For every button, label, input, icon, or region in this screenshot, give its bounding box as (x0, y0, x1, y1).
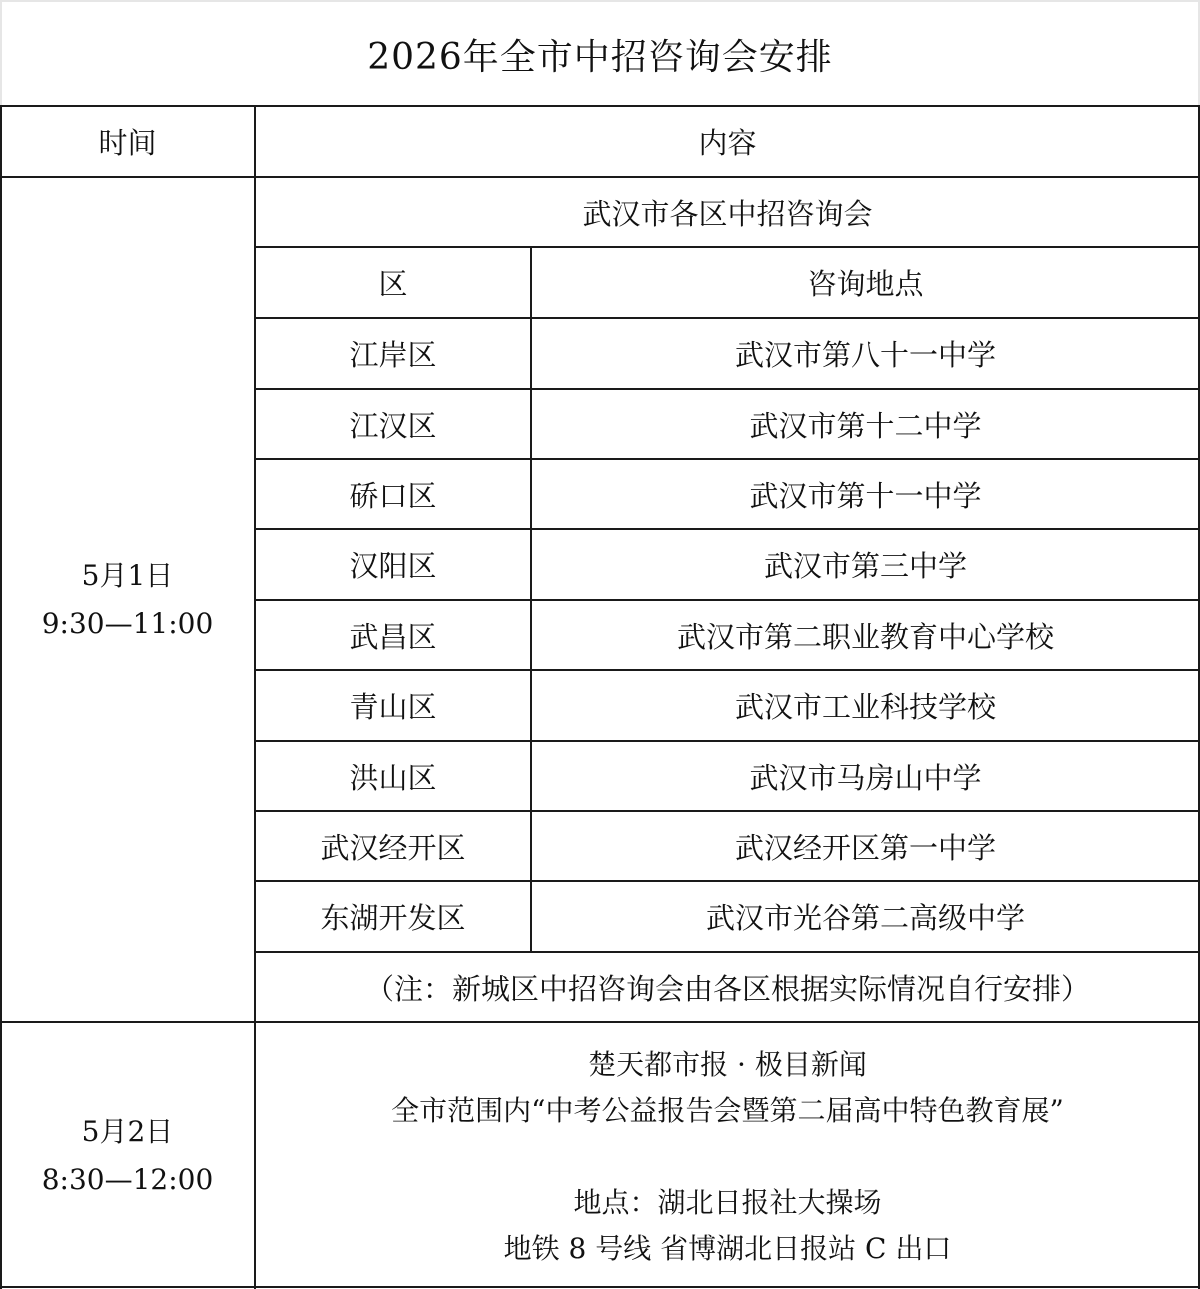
divider (255, 528, 1200, 530)
location-cell: 武汉市马房山中学 (531, 741, 1200, 811)
location-cell: 武汉市第十一中学 (531, 459, 1200, 529)
column-header-district: 区 (255, 247, 531, 318)
session-1-time: 5月1日 9:30—11:00 (0, 177, 255, 1022)
column-header-location: 咨询地点 (531, 247, 1200, 318)
divider-vertical (530, 246, 532, 952)
session-1-date: 5月1日 (82, 552, 174, 600)
divider (255, 951, 1200, 953)
session-2-time: 5月2日 8:30—12:00 (0, 1022, 255, 1289)
divider-vertical (254, 105, 256, 1289)
event-transit: 地铁 8 号线 省博湖北日报站 C 出口 (504, 1226, 952, 1272)
district-cell: 江汉区 (255, 389, 531, 459)
divider (255, 740, 1200, 742)
page-title: 2026年全市中招咨询会安排 (0, 0, 1200, 106)
divider (0, 1021, 1200, 1023)
session-1-time-range: 9:30—11:00 (42, 600, 214, 648)
divider (255, 669, 1200, 671)
divider (255, 599, 1200, 601)
table-border-top (0, 105, 1200, 107)
district-cell: 硚口区 (255, 459, 531, 529)
divider (255, 810, 1200, 812)
session-2-time-range: 8:30—12:00 (42, 1156, 214, 1204)
location-cell: 武汉市第二职业教育中心学校 (531, 600, 1200, 670)
session-1-subtitle: 武汉市各区中招咨询会 (255, 177, 1200, 247)
header-content: 内容 (255, 106, 1200, 177)
event-title: 全市范围内“中考公益报告会暨第二届高中特色教育展” (391, 1088, 1064, 1134)
divider (255, 317, 1200, 319)
header-time: 时间 (0, 106, 255, 177)
table-border-left (0, 105, 2, 1289)
divider (0, 176, 1200, 178)
session-1-note: （注：新城区中招咨询会由各区根据实际情况自行安排） (255, 952, 1200, 1022)
session-2-date: 5月2日 (82, 1108, 174, 1156)
district-cell: 洪山区 (255, 741, 531, 811)
divider (255, 458, 1200, 460)
district-cell: 武汉经开区 (255, 811, 531, 881)
location-cell: 武汉市第三中学 (531, 529, 1200, 600)
district-cell: 青山区 (255, 670, 531, 741)
location-cell: 武汉经开区第一中学 (531, 811, 1200, 881)
district-cell: 江岸区 (255, 318, 531, 389)
event-venue: 地点：湖北日报社大操场 (573, 1180, 881, 1226)
district-cell: 汉阳区 (255, 529, 531, 600)
location-cell: 武汉市光谷第二高级中学 (531, 881, 1200, 952)
location-cell: 武汉市第八十一中学 (531, 318, 1200, 389)
location-cell: 武汉市第十二中学 (531, 389, 1200, 459)
location-cell: 武汉市工业科技学校 (531, 670, 1200, 741)
divider (255, 246, 1200, 248)
divider (255, 388, 1200, 390)
district-cell: 武昌区 (255, 600, 531, 670)
event-organizer: 楚天都市报 · 极目新闻 (588, 1042, 867, 1088)
session-2-event: 楚天都市报 · 极目新闻 全市范围内“中考公益报告会暨第二届高中特色教育展” 地… (255, 1022, 1200, 1289)
district-cell: 东湖开发区 (255, 881, 531, 952)
divider (255, 880, 1200, 882)
table-border-bottom (0, 1286, 1200, 1288)
